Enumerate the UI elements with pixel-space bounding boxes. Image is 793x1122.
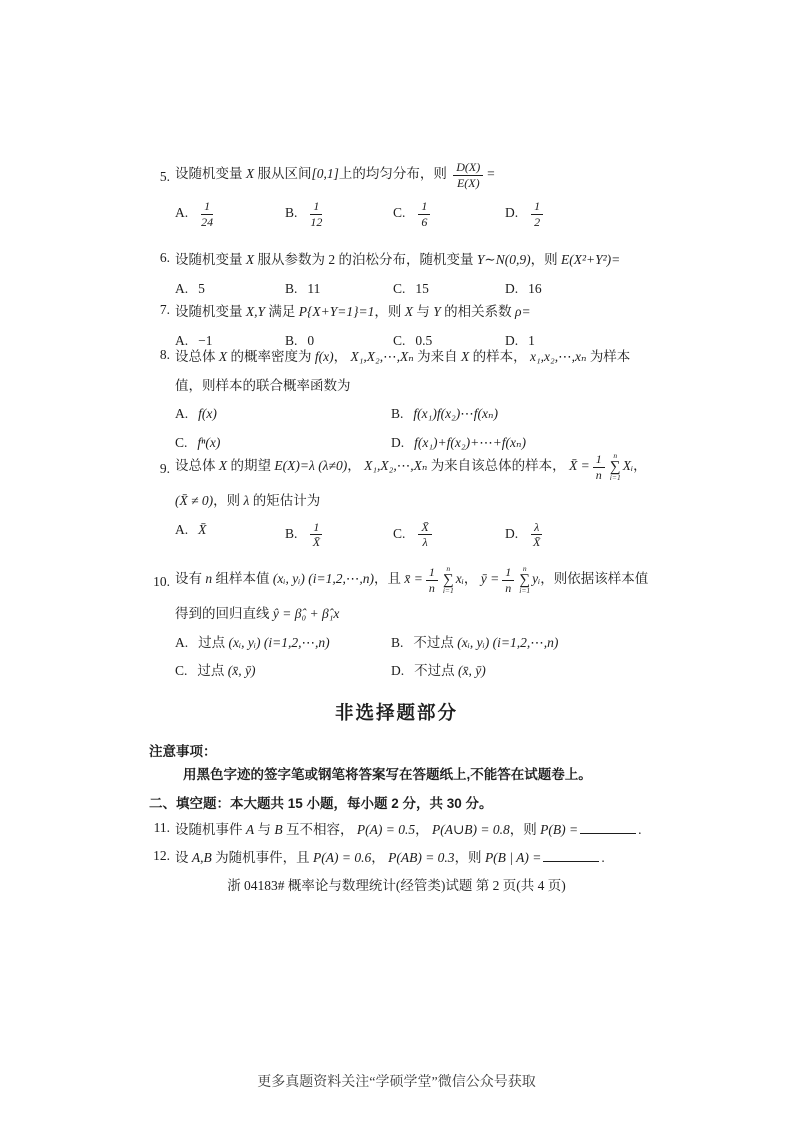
text-run: 0.5 <box>415 333 432 348</box>
text-run: 的矩估计为 <box>249 493 320 508</box>
math-text: f(x₁)f(x₂)⋯f(xₙ) <box>413 406 498 421</box>
option-label: C. <box>175 435 187 450</box>
text-run: 设随机变量 <box>175 166 246 181</box>
text-run: 的期望 <box>227 458 274 473</box>
math-text: X <box>219 458 227 473</box>
fraction-numerator: 1 <box>502 566 514 581</box>
fraction-numerator: 1 <box>201 200 213 215</box>
question-12: 12.设 A,B 为随机事件，且 P(A) = 0.6， P(AB) = 0.3… <box>148 848 663 877</box>
summation-symbol: n∑i=1 <box>443 565 454 594</box>
fill-in-section-header: 二、填空题：本大题共 15 小题，每小题 2 分，共 30 分。 <box>149 792 493 812</box>
stem-line: 设总体 X 的概率密度为 f(x)， X₁,X₂,⋯,Xₙ 为来自 X 的样本，… <box>175 347 663 367</box>
math-text: (x̄, ȳ) <box>228 663 256 678</box>
text-run: 值，则样本的联合概率函数为 <box>175 378 351 393</box>
option-label: A. <box>175 522 188 537</box>
fraction-numerator: λ <box>531 521 542 536</box>
text-run: 与 <box>413 304 433 319</box>
math-text: E(X²+Y²)= <box>561 252 620 267</box>
fraction-numerator: 1 <box>310 200 322 215</box>
option-label: D. <box>391 435 404 450</box>
math-text: (X̄ ≠ 0) <box>175 493 213 508</box>
math-text: ŷ = β̂₀ + β̂₁x <box>273 606 340 621</box>
stem-line: 设随机事件 A 与 B 互不相容， P(A) = 0.5， P(A∪B) = 0… <box>175 820 663 840</box>
option-label: B. <box>285 281 297 296</box>
question-number: 7. <box>148 302 170 318</box>
option-C: C.15 <box>393 279 505 299</box>
math-text: X <box>461 349 469 364</box>
math-text: P(A) = 0.5 <box>357 822 415 837</box>
math-fraction: 16 <box>418 200 430 228</box>
question-number: 9. <box>148 461 170 477</box>
math-text: P{X+Y=1}=1 <box>299 304 375 319</box>
text-run: ， <box>371 850 388 865</box>
exam-page: 5.设随机变量 X 服从区间[0,1]上的均匀分布，则 D(X)E(X)=A.1… <box>0 0 793 1122</box>
fraction-denominator: n <box>505 581 511 595</box>
fraction-numerator: 1 <box>310 521 322 536</box>
text-run: 15 <box>415 281 429 296</box>
option-C: C.X̄λ <box>393 520 505 550</box>
option-A: A.X̄ <box>175 520 285 550</box>
text-run: 互不相容， <box>283 822 357 837</box>
option-D: D.16 <box>505 279 663 299</box>
option-B: B.1X̄ <box>285 520 393 550</box>
math-fraction: 112 <box>310 200 322 228</box>
question-number: 12. <box>148 848 170 864</box>
text-run: ， <box>334 349 351 364</box>
math-fraction: D(X)E(X) <box>453 161 483 189</box>
sigma-glyph: ∑ <box>443 573 454 587</box>
text-run: ， <box>633 458 647 473</box>
fraction-denominator: X̄ <box>313 535 320 549</box>
question-8: 8.设总体 X 的概率密度为 f(x)， X₁,X₂,⋯,Xₙ 为来自 X 的样… <box>148 347 663 452</box>
summation-symbol: n∑i=1 <box>610 452 621 481</box>
math-text: P(A) = 0.6 <box>313 850 371 865</box>
text-run: 的概率密度为 <box>227 349 315 364</box>
text-run: 过点 <box>197 663 227 678</box>
math-text: X,Y <box>246 304 265 319</box>
math-text: = <box>486 166 495 181</box>
text-run: 组样本值 <box>212 571 273 586</box>
text-run: 为来自该总体的样本， <box>427 458 569 473</box>
fraction-denominator: 12 <box>310 215 322 229</box>
text-run: 不过点 <box>414 663 458 678</box>
math-text: Y∼N(0,9) <box>477 252 531 267</box>
option-label: C. <box>393 526 405 541</box>
fill-blank <box>580 821 636 834</box>
option-B: B.f(x₁)f(x₂)⋯f(xₙ) <box>391 404 663 424</box>
math-text: xᵢ <box>456 571 464 586</box>
math-fraction: 12 <box>531 200 543 228</box>
math-text: P(B) = <box>540 822 578 837</box>
text-run: 设 <box>175 850 192 865</box>
math-text: (xᵢ, yᵢ) (i=1,2,⋯,n) <box>273 571 374 586</box>
summation-symbol: n∑i=1 <box>519 565 530 594</box>
fraction-numerator: 1 <box>426 566 438 581</box>
option-label: B. <box>285 333 297 348</box>
question-number: 8. <box>148 347 170 363</box>
fraction-denominator: 6 <box>421 215 427 229</box>
option-label: D. <box>505 526 518 541</box>
fraction-numerator: 1 <box>531 200 543 215</box>
option-label: B. <box>391 406 403 421</box>
option-label: C. <box>393 281 405 296</box>
sigma-glyph: ∑ <box>610 460 621 474</box>
text-run: 0 <box>307 333 314 348</box>
text-run: ，且 <box>374 571 404 586</box>
option-label: B. <box>285 526 297 541</box>
stem-line: 设随机变量 X 服从区间[0,1]上的均匀分布，则 D(X)E(X)= <box>175 160 663 190</box>
math-text: x̄ = <box>404 571 422 586</box>
math-fraction: X̄λ <box>418 521 431 549</box>
math-text: f(x) <box>315 349 334 364</box>
fraction-denominator: X̄ <box>533 535 540 549</box>
math-text: f(x) <box>198 406 217 421</box>
math-fraction: 1n <box>426 566 438 594</box>
math-text: E(X)=λ (λ≠0) <box>274 458 347 473</box>
question-number: 5. <box>148 169 170 185</box>
notice-text: 用黑色字迹的签字笔或钢笔将答案写在答题纸上,不能答在试题卷上。 <box>183 763 592 783</box>
options-row: A.X̄B.1X̄C.X̄λD.λX̄ <box>175 520 663 550</box>
text-run: 与 <box>254 822 274 837</box>
sum-lower-limit: i=1 <box>443 587 454 595</box>
option-A: A.5 <box>175 279 285 299</box>
math-text: (xᵢ, yᵢ) (i=1,2,⋯,n) <box>457 635 558 650</box>
option-label: B. <box>285 205 297 220</box>
text-run: . <box>638 822 641 837</box>
math-text: X̄ = <box>569 458 590 473</box>
option-label: D. <box>505 333 518 348</box>
option-label: A. <box>175 205 188 220</box>
math-text: (xᵢ, yᵢ) (i=1,2,⋯,n) <box>229 635 330 650</box>
math-text: P(AB) = 0.3 <box>388 850 454 865</box>
stem-line: 设总体 X 的期望 E(X)=λ (λ≠0)， X₁,X₂,⋯,Xₙ 为来自该总… <box>175 452 663 482</box>
option-B: B.不过点 (xᵢ, yᵢ) (i=1,2,⋯,n) <box>391 633 663 653</box>
question-5: 5.设随机变量 X 服从区间[0,1]上的均匀分布，则 D(X)E(X)=A.1… <box>148 160 663 229</box>
text-run: 为来自 <box>414 349 461 364</box>
stem-line: (X̄ ≠ 0)，则 λ 的矩估计为 <box>175 491 663 511</box>
sigma-glyph: ∑ <box>519 573 530 587</box>
text-run: . <box>601 850 604 865</box>
option-A: A.124 <box>175 199 285 229</box>
option-C: C.16 <box>393 199 505 229</box>
text-run: 为随机事件，且 <box>212 850 313 865</box>
option-D: D.不过点 (x̄, ȳ) <box>391 661 663 681</box>
options-row: A.过点 (xᵢ, yᵢ) (i=1,2,⋯,n)B.不过点 (xᵢ, yᵢ) … <box>175 633 663 681</box>
question-10: 10.设有 n 组样本值 (xᵢ, yᵢ) (i=1,2,⋯,n)，且 x̄ =… <box>148 565 663 681</box>
option-B: B.11 <box>285 279 393 299</box>
option-label: A. <box>175 635 188 650</box>
question-number: 11. <box>148 820 170 836</box>
math-text: P(A∪B) = 0.8 <box>432 822 510 837</box>
math-text: fⁿ(x) <box>197 435 220 450</box>
math-text: X <box>246 166 254 181</box>
option-label: B. <box>391 635 403 650</box>
text-run: ， <box>464 571 481 586</box>
text-run: 不过点 <box>413 635 457 650</box>
math-text: B <box>274 822 282 837</box>
math-fraction: λX̄ <box>531 521 542 549</box>
fraction-denominator: n <box>429 581 435 595</box>
text-run: 上的均匀分布，则 <box>339 166 450 181</box>
text-run: 设随机变量 <box>175 252 246 267</box>
text-run: 服从参数为 2 的泊松分布，随机变量 <box>254 252 477 267</box>
math-fraction: 1X̄ <box>310 521 322 549</box>
text-run: ，则 <box>374 304 404 319</box>
math-text: X₁,X₂,⋯,Xₙ <box>364 458 427 473</box>
math-text: (x̄, ȳ) <box>458 663 486 678</box>
question-11: 11.设随机事件 A 与 B 互不相容， P(A) = 0.5， P(A∪B) … <box>148 820 663 849</box>
option-label: C. <box>175 663 187 678</box>
text-run: 得到的回归直线 <box>175 606 273 621</box>
question-number: 10. <box>148 574 170 590</box>
question-number: 6. <box>148 250 170 266</box>
page-footer: 浙 04183# 概率论与数理统计(经管类)试题 第 2 页(共 4 页) <box>0 874 793 894</box>
stem-line: 得到的回归直线 ŷ = β̂₀ + β̂₁x <box>175 604 663 624</box>
math-text: x₁,x₂,⋯,xₙ <box>530 349 586 364</box>
fraction-numerator: X̄ <box>418 521 431 536</box>
text-run: 设有 <box>175 571 205 586</box>
fraction-numerator: 1 <box>418 200 430 215</box>
option-label: A. <box>175 281 188 296</box>
option-label: A. <box>175 333 188 348</box>
text-run: 满足 <box>265 304 299 319</box>
option-label: D. <box>391 663 404 678</box>
text-run: 设总体 <box>175 458 219 473</box>
text-run: 设随机事件 <box>175 822 246 837</box>
text-run: 16 <box>528 281 542 296</box>
text-run: 为样本 <box>586 349 630 364</box>
math-text: ρ= <box>515 304 531 319</box>
math-text: X <box>405 304 413 319</box>
question-6: 6.设随机变量 X 服从参数为 2 的泊松分布，随机变量 Y∼N(0,9)，则 … <box>148 250 663 298</box>
fraction-denominator: λ <box>422 535 427 549</box>
sum-lower-limit: i=1 <box>519 587 530 595</box>
notice-label: 注意事项： <box>149 740 217 760</box>
math-text: Y <box>433 304 441 319</box>
option-label: C. <box>393 205 405 220</box>
math-text: X₁,X₂,⋯,Xₙ <box>350 349 413 364</box>
math-text: [0,1] <box>312 166 339 181</box>
options-row: A.f(x)B.f(x₁)f(x₂)⋯f(xₙ)C.fⁿ(x)D.f(x₁)+f… <box>175 404 663 452</box>
text-run: ，则 <box>531 252 561 267</box>
text-run: 1 <box>528 333 535 348</box>
math-text: X <box>219 349 227 364</box>
text-run: −1 <box>198 333 212 348</box>
option-D: D.12 <box>505 199 663 229</box>
math-text: X̄ <box>198 522 206 537</box>
math-fraction: 1n <box>502 566 514 594</box>
stem-line: 设随机变量 X 服从参数为 2 的泊松分布，随机变量 Y∼N(0,9)，则 E(… <box>175 250 663 270</box>
option-D: D.λX̄ <box>505 520 663 550</box>
math-text: A <box>246 822 254 837</box>
question-9: 9.设总体 X 的期望 E(X)=λ (λ≠0)， X₁,X₂,⋯,Xₙ 为来自… <box>148 452 663 550</box>
stem-line: 设有 n 组样本值 (xᵢ, yᵢ) (i=1,2,⋯,n)，且 x̄ =1nn… <box>175 565 663 595</box>
fill-blank <box>543 849 599 862</box>
math-text: X <box>246 252 254 267</box>
text-run: 服从区间 <box>254 166 311 181</box>
question-7: 7.设随机变量 X,Y 满足 P{X+Y=1}=1，则 X 与 Y 的相关系数 … <box>148 302 663 350</box>
sum-lower-limit: i=1 <box>610 474 621 482</box>
stem-line: 值，则样本的联合概率函数为 <box>175 376 663 396</box>
math-fraction: 1n <box>593 453 605 481</box>
option-label: D. <box>505 205 518 220</box>
option-D: D.f(x₁)+f(x₂)+⋯+f(xₙ) <box>391 433 663 453</box>
text-run: ，则 <box>510 822 540 837</box>
fraction-numerator: 1 <box>593 453 605 468</box>
math-text: ȳ = <box>481 571 499 586</box>
option-label: C. <box>393 333 405 348</box>
option-B: B.112 <box>285 199 393 229</box>
fraction-denominator: 24 <box>201 215 213 229</box>
math-text: f(x₁)+f(x₂)+⋯+f(xₙ) <box>414 435 526 450</box>
options-row: A.124B.112C.16D.12 <box>175 199 663 229</box>
stem-line: 设 A,B 为随机事件，且 P(A) = 0.6， P(AB) = 0.3，则 … <box>175 848 663 868</box>
stem-line: 设随机变量 X,Y 满足 P{X+Y=1}=1，则 X 与 Y 的相关系数 ρ= <box>175 302 663 322</box>
text-run: 的样本， <box>469 349 530 364</box>
text-run: 设随机变量 <box>175 304 246 319</box>
math-text: Xᵢ <box>623 458 633 473</box>
text-run: 的相关系数 <box>441 304 515 319</box>
text-run: 11 <box>307 281 320 296</box>
text-run: ，则 <box>455 850 485 865</box>
fraction-numerator: D(X) <box>453 161 483 176</box>
text-run: 过点 <box>198 635 228 650</box>
option-A: A.过点 (xᵢ, yᵢ) (i=1,2,⋯,n) <box>175 633 391 653</box>
option-A: A.f(x) <box>175 404 391 424</box>
option-C: C.过点 (x̄, ȳ) <box>175 661 391 681</box>
math-text: P(B | A) = <box>485 850 541 865</box>
option-label: A. <box>175 406 188 421</box>
text-run: ，则依据该样本值 <box>540 571 648 586</box>
watermark-banner: 更多真题资料关注“学硕学堂”微信公众号获取 <box>0 1071 793 1091</box>
fraction-denominator: E(X) <box>457 176 480 190</box>
text-run: 设总体 <box>175 349 219 364</box>
text-run: ，则 <box>213 493 243 508</box>
fraction-denominator: 2 <box>534 215 540 229</box>
math-text: A,B <box>192 850 212 865</box>
text-run: ， <box>415 822 432 837</box>
option-label: D. <box>505 281 518 296</box>
text-run: ， <box>347 458 364 473</box>
options-row: A.5B.11C.15D.16 <box>175 279 663 299</box>
option-C: C.fⁿ(x) <box>175 433 391 453</box>
math-fraction: 124 <box>201 200 213 228</box>
fraction-denominator: n <box>596 468 602 482</box>
text-run: 5 <box>198 281 205 296</box>
section-title: 非选择题部分 <box>0 699 793 725</box>
